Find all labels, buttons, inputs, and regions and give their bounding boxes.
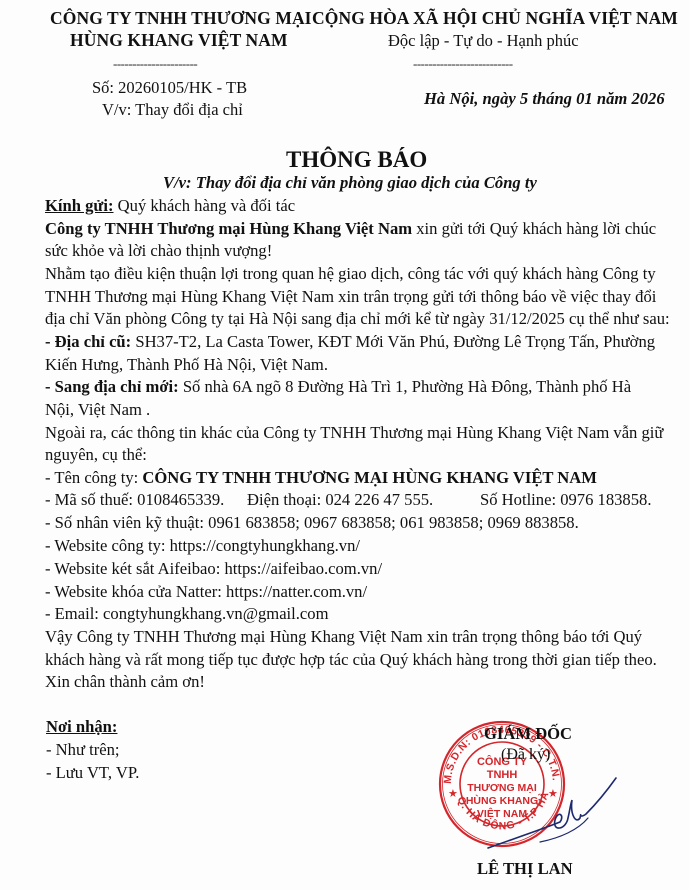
national-motto: Độc lập - Tự do - Hạnh phúc (388, 31, 579, 51)
company-name-value: CÔNG TY TNHH THƯƠNG MẠI HÙNG KHANG VIỆT … (142, 468, 597, 487)
new-address-text: Số nhà 6A ngõ 8 Đường Hà Trì 1, Phường H… (179, 377, 631, 396)
technician-numbers: - Số nhân viên kỹ thuật: 0961 683858; 09… (45, 513, 579, 533)
company-name-label: - Tên công ty: (45, 468, 142, 487)
intro-company-name: Công ty TNHH Thương mại Hùng Khang Việt … (45, 219, 412, 238)
old-address-line1: - Địa chỉ cũ: SH37-T2, La Casta Tower, K… (45, 332, 655, 352)
signatory-name: LÊ THỊ LAN (477, 859, 573, 879)
old-address-label: - Địa chỉ cũ: (45, 332, 131, 351)
place-and-date: Hà Nội, ngày 5 tháng 01 năm 2026 (424, 89, 665, 109)
paragraph1-line3: địa chỉ Văn phòng Công ty tại Hà Nội san… (45, 309, 670, 329)
email-address[interactable]: - Email: congtyhungkhang.vn@gmail.com (45, 604, 329, 624)
new-address-line2: Nội, Việt Nam . (45, 400, 150, 420)
intro-line1: Công ty TNHH Thương mại Hùng Khang Việt … (45, 219, 656, 239)
greeting-label: Kính gửi: (45, 196, 114, 215)
closing-line3: Xin chân thành cảm ơn! (45, 672, 205, 692)
tax-code: - Mã số thuế: 0108465339. (45, 490, 224, 510)
handwritten-signature-icon (470, 760, 620, 860)
closing-line1: Vậy Công ty TNHH Thương mại Hùng Khang V… (45, 627, 642, 647)
signatory-position: GIÁM ĐỐC (484, 724, 572, 744)
recipients-label: Nơi nhận: (46, 717, 117, 737)
svg-text:★: ★ (448, 788, 458, 800)
hotline-number: Số Hotline: 0976 183858. (480, 490, 651, 510)
website-company[interactable]: - Website công ty: https://congtyhungkha… (45, 536, 360, 556)
paragraph2-line1: Ngoài ra, các thông tin khác của Công ty… (45, 423, 663, 443)
old-address-text: SH37-T2, La Casta Tower, KĐT Mới Văn Phú… (131, 332, 655, 351)
paragraph2-line2: nguyên, cụ thể: (45, 445, 147, 465)
website-safe[interactable]: - Website két sắt Aifeibao: https://aife… (45, 559, 382, 579)
left-divider: ---------------------- (113, 56, 197, 72)
company-name-line2: HÙNG KHANG VIỆT NAM (70, 30, 288, 51)
new-address-label: - Sang địa chỉ mới: (45, 377, 179, 396)
phone-number: Điện thoại: 024 226 47 555. (247, 490, 433, 510)
paragraph1-line2: TNHH Thương mại Hùng Khang Việt Nam xin … (45, 287, 656, 307)
greeting-text: Quý khách hàng và đối tác (114, 196, 296, 215)
old-address-line2: Kiến Hưng, Thành Phố Hà Nội, Việt Nam. (45, 355, 328, 375)
document-subject: V/v: Thay đổi địa chỉ (102, 100, 243, 120)
paragraph1-line1: Nhằm tạo điều kiện thuận lợi trong quan … (45, 264, 656, 284)
recipient-item-1: - Như trên; (46, 740, 120, 760)
greeting-line: Kính gửi: Quý khách hàng và đối tác (45, 196, 295, 216)
national-title: CỘNG HÒA XÃ HỘI CHỦ NGHĨA VIỆT NAM (312, 8, 678, 29)
document-page: CÔNG TY TNHH THƯƠNG MẠI HÙNG KHANG VIỆT … (0, 0, 689, 890)
notice-subtitle: V/v: Thay đổi địa chỉ văn phòng giao dịc… (163, 173, 537, 193)
intro-line2: sức khỏe và lời chào thịnh vượng! (45, 241, 272, 261)
closing-line2: khách hàng và rất mong tiếp tục được hợp… (45, 650, 657, 670)
intro-text: xin gửi tới Quý khách hàng lời chúc (412, 219, 656, 238)
notice-title: THÔNG BÁO (286, 147, 427, 173)
company-name-line1: CÔNG TY TNHH THƯƠNG MẠI (50, 8, 312, 29)
company-name-row: - Tên công ty: CÔNG TY TNHH THƯƠNG MẠI H… (45, 468, 597, 488)
right-divider: -------------------------- (413, 56, 513, 72)
website-lock[interactable]: - Website khóa cửa Natter: https://natte… (45, 582, 367, 602)
new-address-line1: - Sang địa chỉ mới: Số nhà 6A ngõ 8 Đườn… (45, 377, 631, 397)
document-number: Số: 20260105/HK - TB (92, 78, 247, 98)
recipient-item-2: - Lưu VT, VP. (46, 763, 139, 783)
